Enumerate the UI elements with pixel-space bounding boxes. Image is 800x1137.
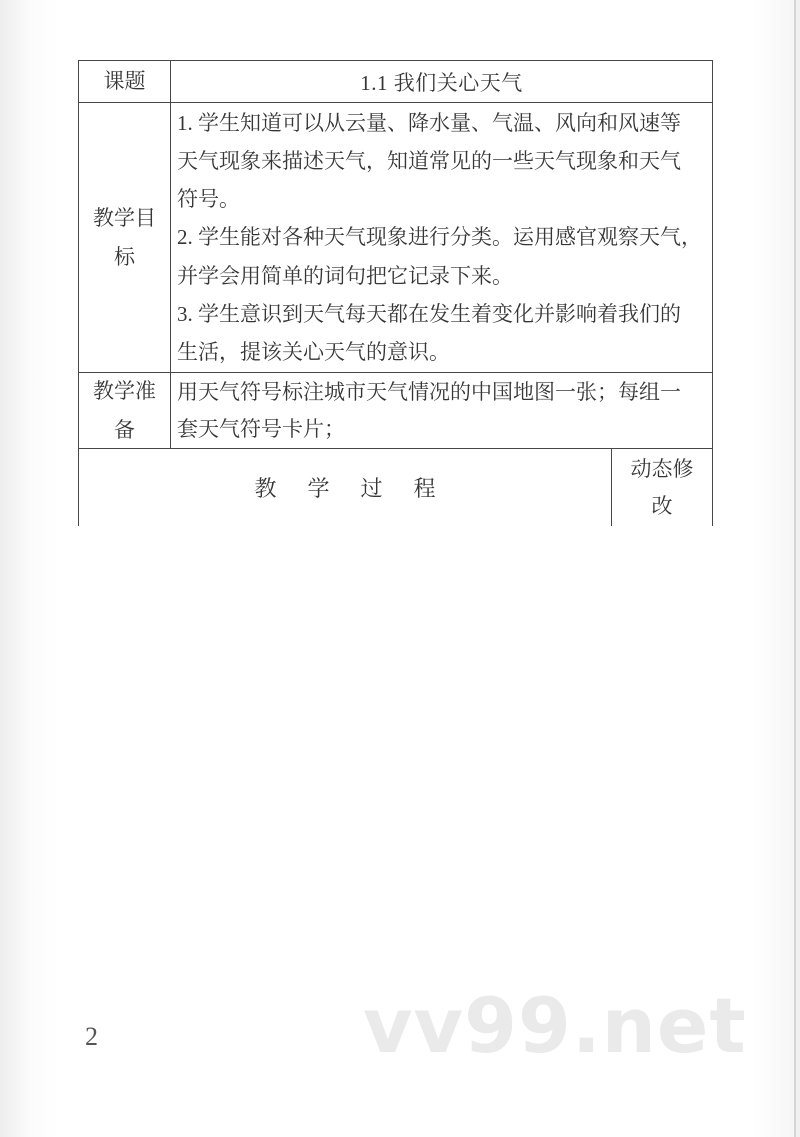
topic-title: 1.1 我们关心天气 — [360, 67, 523, 97]
table-row-process-header: 教学过程 动态修改 — [79, 449, 712, 526]
topic-label-cell: 课题 — [79, 61, 171, 102]
process-header-cell: 教学过程 — [79, 449, 612, 526]
table-row-objectives: 教学目标 1. 学生知道可以从云量、降水量、气温、风向和风速等 天气现象来描述天… — [79, 103, 712, 373]
topic-label: 课题 — [90, 62, 160, 101]
page-right-margin — [796, 0, 800, 1137]
table-row-preparation: 教学准备 用天气符号标注城市天气情况的中国地图一张；每组一 套天气符号卡片； — [79, 373, 712, 449]
table-row-topic: 课题 1.1 我们关心天气 — [79, 61, 712, 103]
topic-content-cell: 1.1 我们关心天气 — [171, 61, 712, 102]
page-right-shadow — [753, 0, 795, 1137]
scanned-document-page: { "page": { "page_number": "2", "waterma… — [0, 0, 800, 1137]
lesson-plan-table: 课题 1.1 我们关心天气 教学目标 1. 学生知道可以从云量、降水量、气温、风… — [78, 60, 713, 526]
page-right-edge-line — [794, 0, 796, 1137]
dynamic-edit-header-cell: 动态修改 — [612, 449, 712, 526]
objectives-content-cell: 1. 学生知道可以从云量、降水量、气温、风向和风速等 天气现象来描述天气，知道常… — [171, 103, 712, 372]
preparation-content-cell: 用天气符号标注城市天气情况的中国地图一张；每组一 套天气符号卡片； — [171, 373, 712, 448]
objectives-text: 1. 学生知道可以从云量、降水量、气温、风向和风速等 天气现象来描述天气，知道常… — [171, 104, 706, 371]
page-left-shadow — [0, 0, 58, 1137]
dynamic-edit-header: 动态修改 — [627, 451, 697, 525]
objectives-label: 教学目标 — [90, 199, 160, 277]
preparation-label: 教学准备 — [90, 372, 160, 450]
objectives-label-cell: 教学目标 — [79, 103, 171, 372]
preparation-text: 用天气符号标注城市天气情况的中国地图一张；每组一 套天气符号卡片； — [171, 374, 685, 448]
watermark: vv99.net — [363, 988, 747, 1064]
preparation-label-cell: 教学准备 — [79, 373, 171, 448]
page-number: 2 — [85, 1022, 98, 1052]
process-header: 教学过程 — [223, 472, 466, 503]
